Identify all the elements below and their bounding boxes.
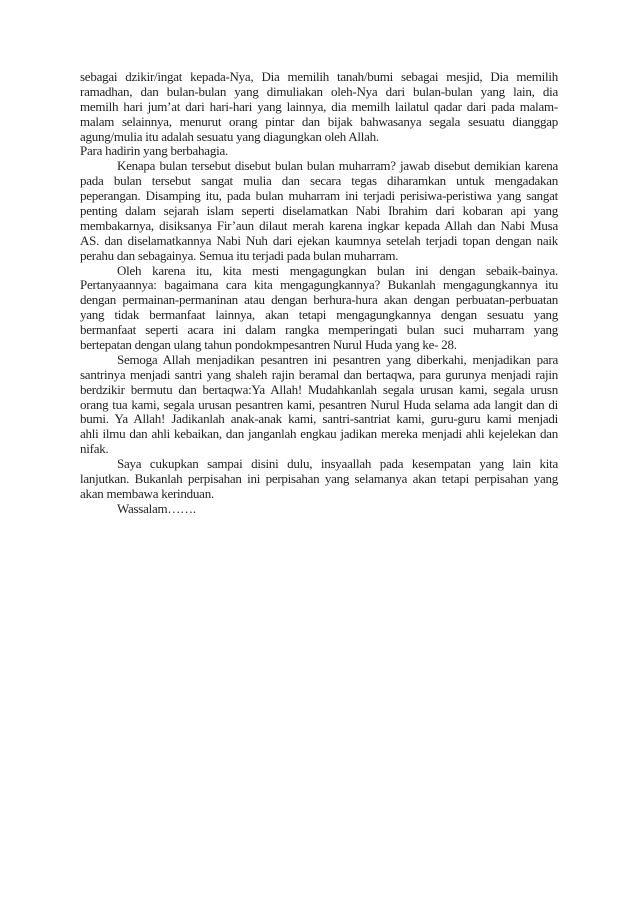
text-line: Semoga Allah menjadikan pesantren ini pe… [80,353,558,368]
text-line: orang tua kami, segala urusan pesantren … [80,398,558,413]
text-line: malam selainnya, menurut orang pintar da… [80,115,558,130]
text-line: membakarnya, disiksanya Fir’aun dilaut m… [80,219,558,234]
paragraph: Saya cukupkan sampai disini dulu, insyaa… [80,457,558,502]
text-line: lanjutkan. Bukanlah perpisahan ini perpi… [80,472,558,487]
text-line: AS. dan diselamatkannya Nabi Nuh dari ej… [80,234,558,249]
paragraph: sebagai dzikir/ingat kepada-Nya, Dia mem… [80,70,558,144]
text-line: memilh hari jum’at dari hari-hari yang l… [80,100,558,115]
document-page: sebagai dzikir/ingat kepada-Nya, Dia mem… [0,0,638,903]
text-line: Wassalam……. [80,502,558,517]
text-line: santrinya menjadi santri yang shaleh raj… [80,368,558,383]
text-line: berdzikir bermutu dan bertaqwa:Ya Allah!… [80,383,558,398]
text-line: penting dalam sejarah islam seperti dise… [80,204,558,219]
text-line: bumi. Ya Allah! Jadikanlah anak-anak kam… [80,412,558,427]
document-body: sebagai dzikir/ingat kepada-Nya, Dia mem… [80,70,558,517]
text-line: bertepatan dengan ulang tahun pondokmpes… [80,338,558,353]
text-line: Saya cukupkan sampai disini dulu, insyaa… [80,457,558,472]
text-line: perahu dan sebagainya. Semua itu terjadi… [80,249,558,264]
text-line: bermanfaat seperti acara ini dalam rangk… [80,323,558,338]
paragraph: Oleh karena itu, kita mesti mengagungkan… [80,264,558,353]
text-line: pada bulan tersebut sangat mulia dan sec… [80,174,558,189]
text-line: dengan permainan-permaninan atau dengan … [80,293,558,308]
text-line: nifak. [80,442,558,457]
text-line: agung/mulia itu adalah sesuatu yang diag… [80,130,558,145]
paragraph: Para hadirin yang berbahagia. [80,144,558,159]
paragraph: Kenapa bulan tersebut disebut bulan bula… [80,159,558,263]
text-line: akan membawa kerinduan. [80,487,558,502]
text-line: Pertanyaannya: bagaimana cara kita menga… [80,278,558,293]
text-line: ahli ilmu dan ahli kebaikan, dan janganl… [80,427,558,442]
text-line: sebagai dzikir/ingat kepada-Nya, Dia mem… [80,70,558,85]
text-line: peperangan. Disamping itu, pada bulan mu… [80,189,558,204]
paragraph: Semoga Allah menjadikan pesantren ini pe… [80,353,558,457]
text-line: Kenapa bulan tersebut disebut bulan bula… [80,159,558,174]
paragraph: Wassalam……. [80,502,558,517]
text-line: Oleh karena itu, kita mesti mengagungkan… [80,264,558,279]
text-line: Para hadirin yang berbahagia. [80,144,558,159]
text-line: ramadhan, dan bulan-bulan yang dimuliaka… [80,85,558,100]
text-line: yang tidak bermanfaat lainnya, akan teta… [80,308,558,323]
